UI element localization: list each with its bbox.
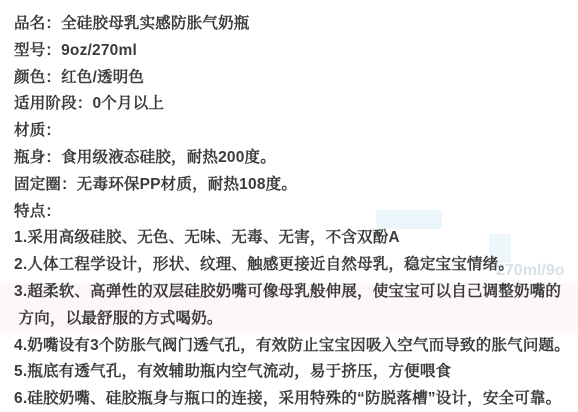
feature-3-line-1: 3.超柔软、高弹性的双层硅胶奶嘴可像母乳般伸展，使宝宝可以自己调整奶嘴的 bbox=[14, 279, 578, 306]
model-line: 型号：9oz/270ml bbox=[14, 38, 578, 65]
feature-5-line: 5.瓶底有透气孔，有效辅助瓶内空气流动，易于挤压，方便喂食 bbox=[14, 359, 578, 386]
feature-6-line: 6.硅胶奶嘴、硅胶瓶身与瓶口的连接，采用特殊的“防脱落槽”设计，安全可靠。 bbox=[14, 386, 578, 412]
fixing-ring-line: 固定圈：无毒环保PP材质，耐热108度。 bbox=[14, 172, 578, 199]
feature-2-line: 2.人体工程学设计，形状、纹理、触感更接近自然母乳，稳定宝宝情绪。 bbox=[14, 252, 578, 279]
feature-4-line: 4.奶嘴设有3个防胀气阀门透气孔，有效防止宝宝因吸入空气而导致的胀气问题。 bbox=[14, 333, 578, 360]
spec-text-block: 品名：全硅胶母乳实感防胀气奶瓶 型号：9oz/270ml 颜色：红色/透明色 适… bbox=[0, 0, 578, 412]
applicable-stage-line: 适用阶段：0个月以上 bbox=[14, 91, 578, 118]
feature-1-line: 1.采用高级硅胶、无色、无味、无毒、无害，不含双酚A bbox=[14, 225, 578, 252]
feature-3-line-2: 方向，以最舒服的方式喝奶。 bbox=[14, 306, 578, 333]
features-heading: 特点： bbox=[14, 199, 578, 226]
product-name-line: 品名：全硅胶母乳实感防胀气奶瓶 bbox=[14, 11, 578, 38]
material-heading: 材质： bbox=[14, 118, 578, 145]
bottle-body-line: 瓶身：食用级液态硅胶，耐热200度。 bbox=[14, 145, 578, 172]
color-line: 颜色：红色/透明色 bbox=[14, 65, 578, 92]
product-description-page: 270ml/9o 品名：全硅胶母乳实感防胀气奶瓶 型号：9oz/270ml 颜色… bbox=[0, 0, 578, 412]
